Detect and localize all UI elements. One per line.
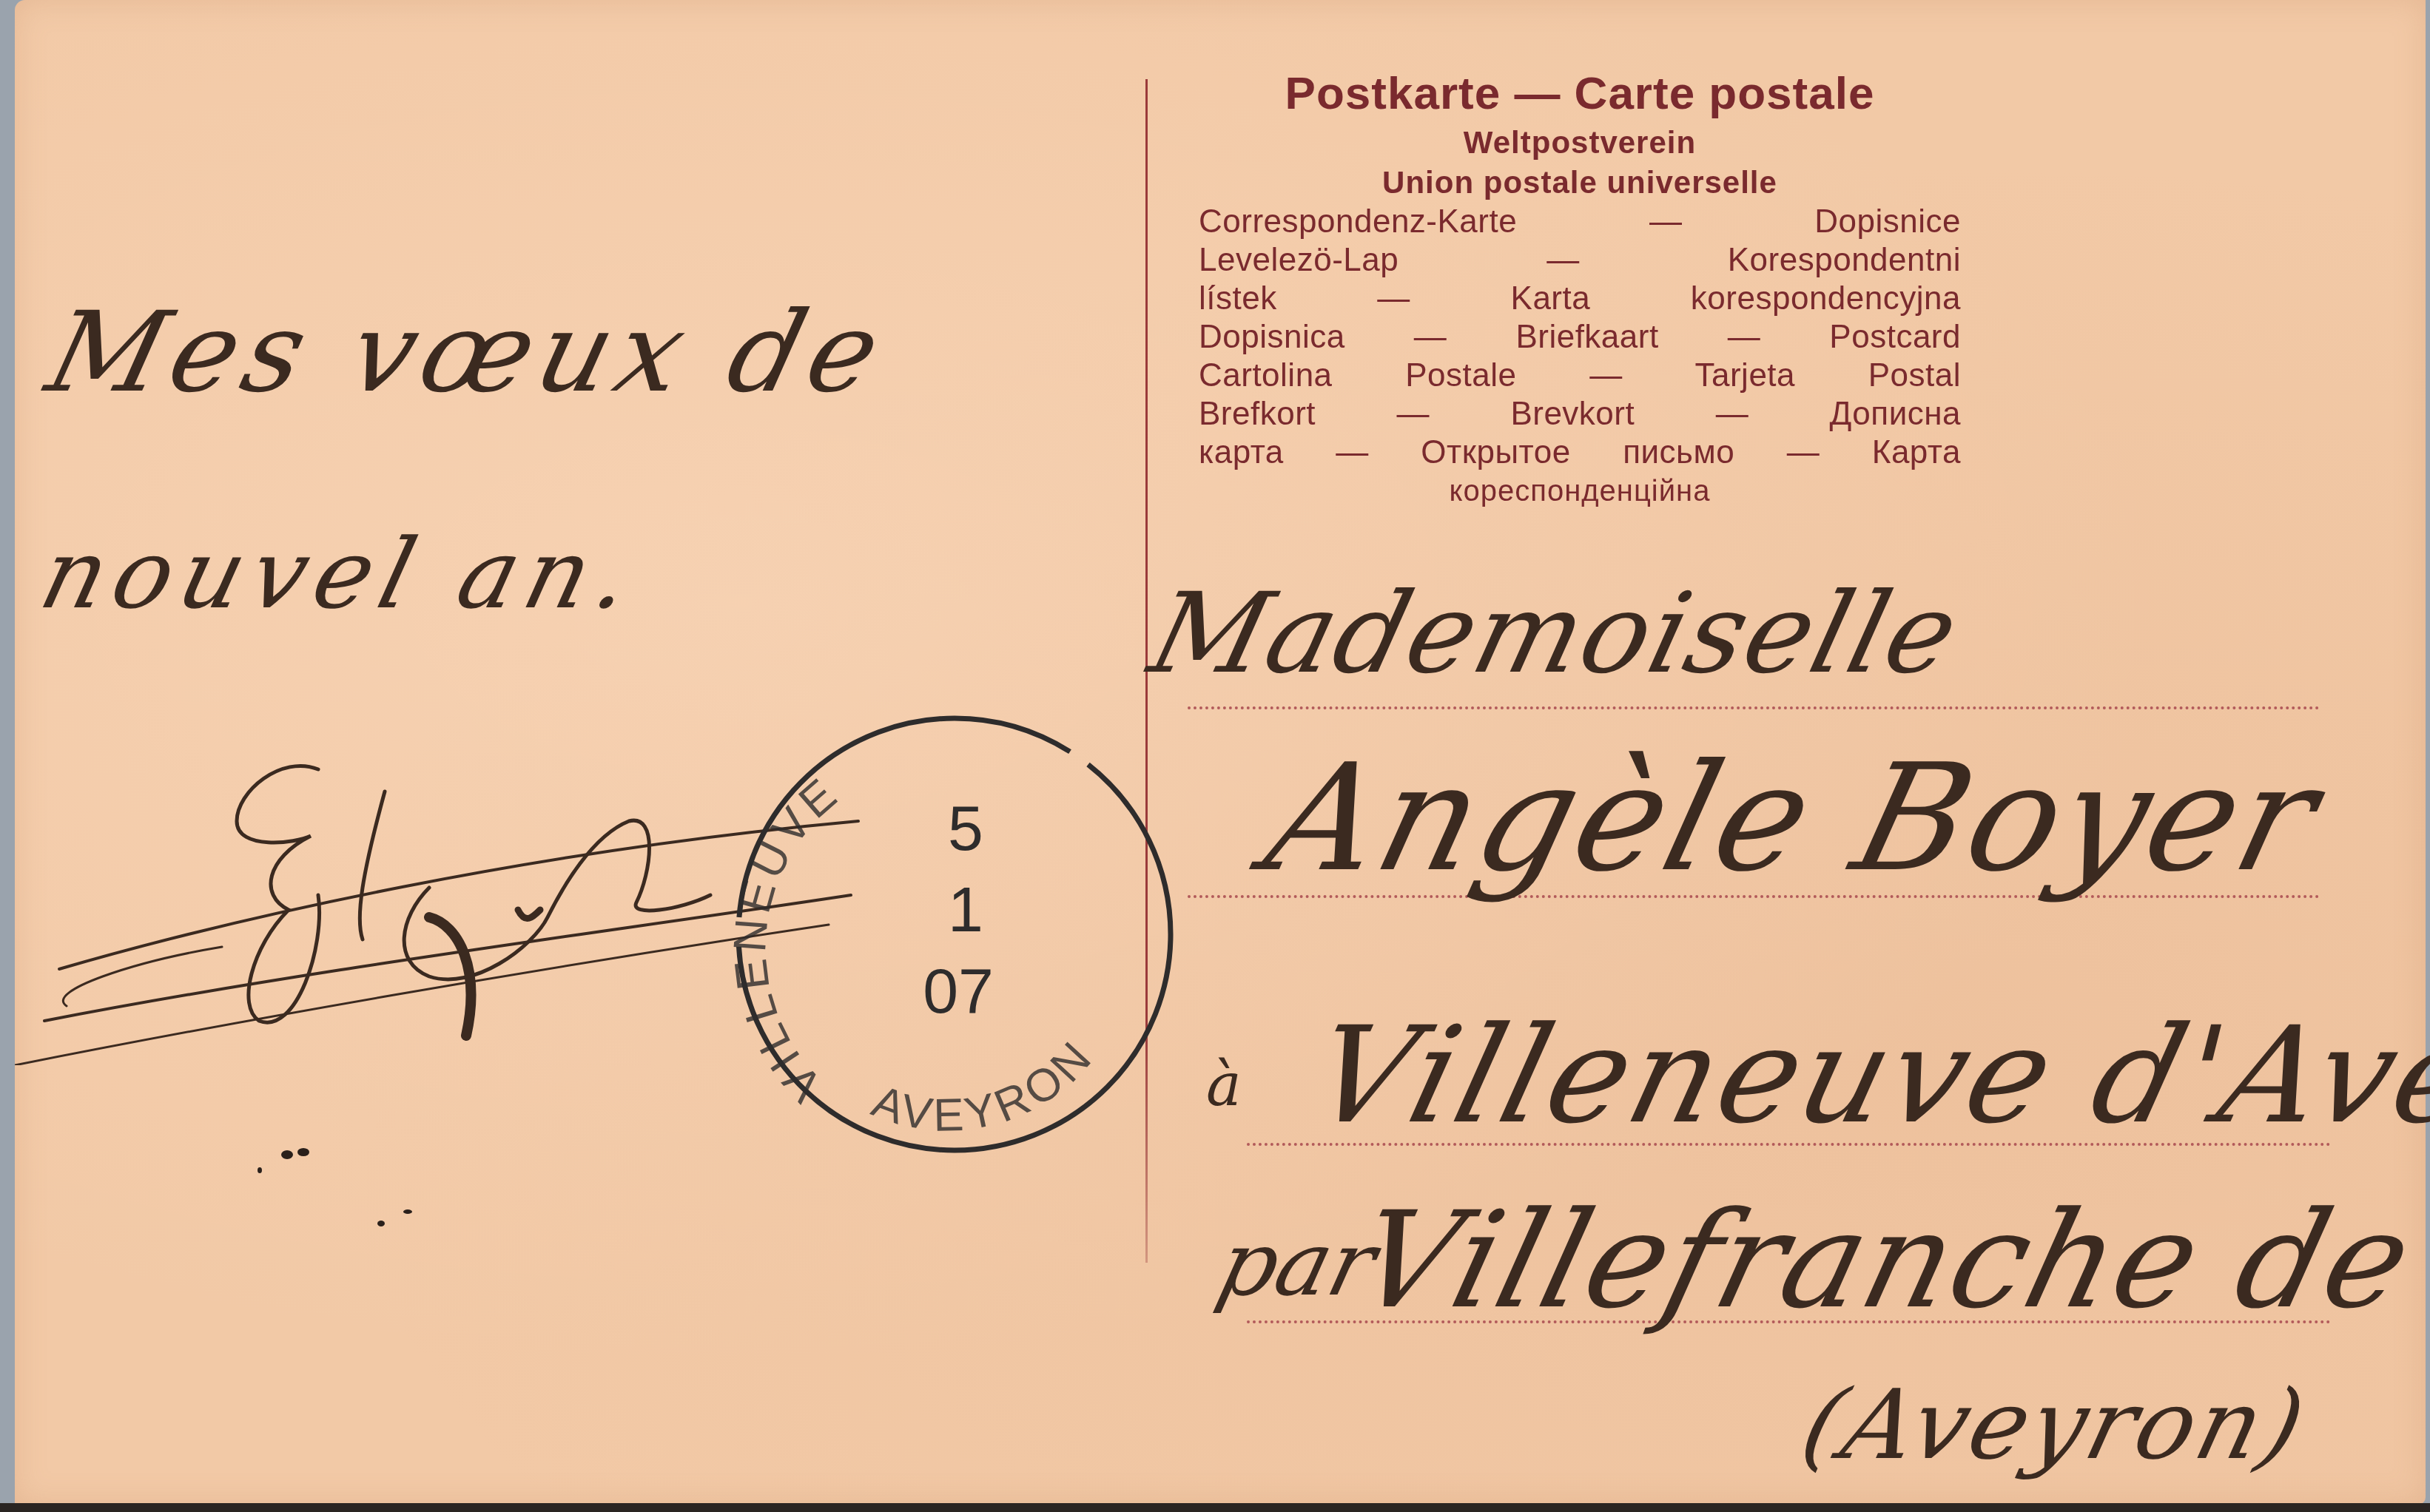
address-department: (Aveyron): [1791, 1368, 2318, 1481]
header-line: карта — Открытое письмо — Карта: [1199, 433, 1961, 472]
postcard: Postkarte — Carte postale Weltpostverein…: [15, 0, 2426, 1505]
header-line: Dopisnica — Briefkaart — Postcard: [1199, 318, 1961, 357]
svg-text:AVEYRON: AVEYRON: [866, 1030, 1104, 1141]
address-town: Villeneuve d'Aveyron: [1298, 999, 2430, 1153]
message-line-2: nouvel an.: [30, 518, 651, 630]
postmark-town-text: VILLENEUVE: [724, 766, 849, 1111]
header-line: lístek — Karta korespondencyjna: [1199, 280, 1961, 318]
header-title: Postkarte — Carte postale: [1199, 65, 1961, 123]
postmark-year: 07: [921, 958, 995, 1025]
header-line: Correspondenz-Karte — Dopisnice: [1199, 203, 1961, 241]
address-dotted-line-1: [1188, 706, 2320, 709]
header-subtitle-de: Weltpostverein: [1199, 123, 1961, 163]
postmark-day: 5: [936, 795, 995, 862]
address-recipient-name: Angèle Boyer: [1251, 732, 2336, 905]
printed-header: Postkarte — Carte postale Weltpostverein…: [1199, 65, 1961, 510]
postmark-cancellation: VILLENEUVE AVEYRON 5 1 07: [721, 699, 1188, 1165]
scan-edge: [0, 1503, 2430, 1512]
address-title: Mademoiselle: [1138, 570, 1971, 698]
header-last-line: кореспонденційна: [1199, 472, 1961, 510]
postmark-month: 1: [936, 877, 995, 943]
header-subtitle-fr: Union postale universelle: [1199, 163, 1961, 203]
address-via-town: Villefranche de Rouergue: [1342, 1184, 2430, 1338]
header-line: Levelezö-Lap — Korespondentni: [1199, 241, 1961, 280]
svg-text:VILLENEUVE: VILLENEUVE: [724, 766, 849, 1111]
header-line: Brefkort — Brevkort — Дописна: [1199, 395, 1961, 433]
address-preposition-a: à: [1206, 1050, 1242, 1119]
header-line: Cartolina Postale — Tarjeta Postal: [1199, 357, 1961, 395]
postmark-dept-text: AVEYRON: [866, 1030, 1104, 1141]
message-line-1: Mes vœux de: [36, 288, 899, 417]
